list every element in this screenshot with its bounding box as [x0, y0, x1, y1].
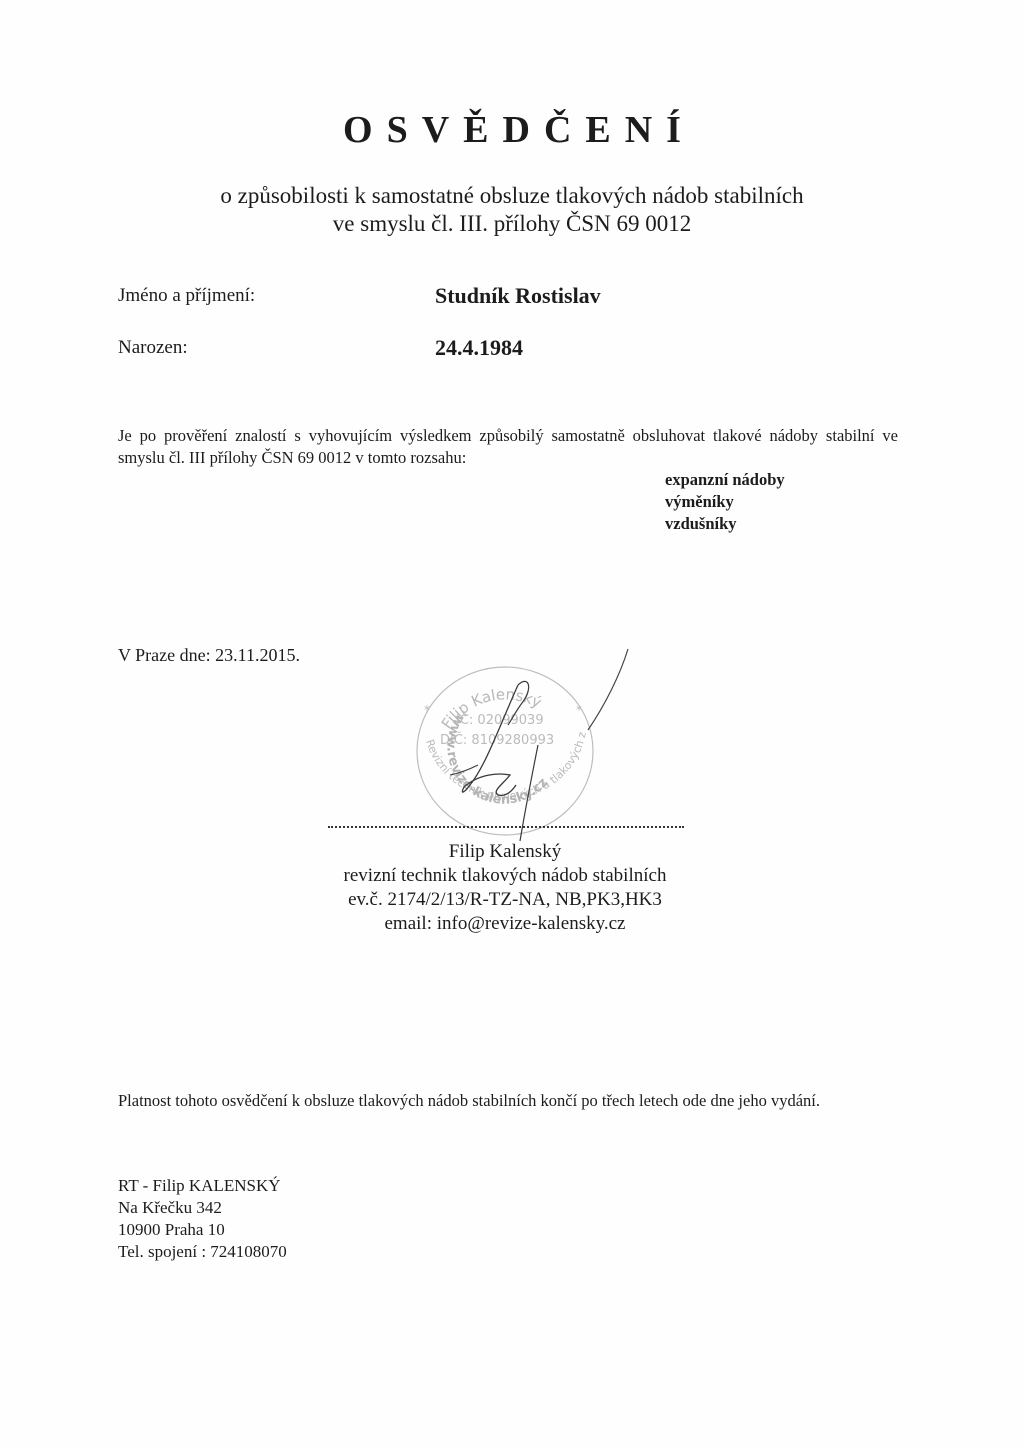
competence-statement: Je po prověření znalostí s vyhovujícím v… [118, 425, 898, 469]
handwritten-signature [420, 645, 640, 845]
address-line: RT - Filip KALENSKÝ [118, 1175, 287, 1197]
subtitle-line-2: ve smyslu čl. III. přílohy ČSN 69 0012 [0, 210, 1024, 238]
place-and-date: V Praze dne: 23.11.2015. [118, 645, 300, 666]
address-line: Tel. spojení : 724108070 [118, 1241, 287, 1263]
address-line: Na Křečku 342 [118, 1197, 287, 1219]
signatory-name: Filip Kalenský [300, 840, 710, 864]
born-value: 24.4.1984 [435, 335, 523, 361]
scope-item: expanzní nádoby [665, 469, 785, 491]
name-label: Jméno a příjmení: [118, 285, 255, 307]
signatory-registration: ev.č. 2174/2/13/R-TZ-NA, NB,PK3,HK3 [300, 888, 710, 912]
address-line: 10900 Praha 10 [118, 1219, 287, 1241]
scope-list: expanzní nádoby výměníky vzdušníky [665, 469, 785, 535]
subtitle-line-1: o způsobilosti k samostatné obsluze tlak… [0, 182, 1024, 210]
certificate-title: OSVĚDČENÍ [0, 108, 1024, 152]
validity-note: Platnost tohoto osvědčení k obsluze tlak… [118, 1090, 898, 1112]
signatory-block: Filip Kalenský revizní technik tlakových… [300, 840, 710, 936]
name-value: Studník Rostislav [435, 283, 601, 309]
signature-line [328, 826, 684, 828]
certificate-subtitle: o způsobilosti k samostatné obsluze tlak… [0, 182, 1024, 238]
signatory-role: revizní technik tlakových nádob stabilní… [300, 864, 710, 888]
signatory-email: email: info@revize-kalensky.cz [300, 912, 710, 936]
scope-item: výměníky [665, 491, 785, 513]
issuer-address: RT - Filip KALENSKÝ Na Křečku 342 10900 … [118, 1175, 287, 1263]
born-label: Narozen: [118, 337, 188, 359]
scope-item: vzdušníky [665, 513, 785, 535]
